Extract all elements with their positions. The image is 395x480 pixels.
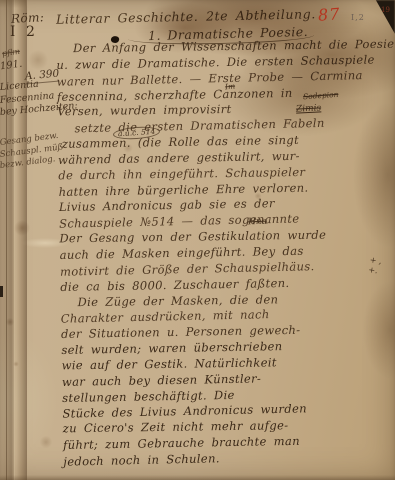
struck-word-4: Hna [248, 217, 267, 228]
shelfmark-notation: I,2 [351, 13, 365, 22]
struck-word-3: Zimis [296, 103, 322, 114]
bottom-edge-shadow [0, 475, 395, 480]
margin-notes-lower: Gesang bezw.Schauspl. müßbezw. dialog. [0, 138, 64, 173]
left-edge-speck [0, 286, 3, 297]
binding-edge [0, 0, 27, 480]
margin-signature: I 2 [10, 24, 38, 40]
manuscript-page-scan: Röm: Litterar Geschichte. 2te Abtheilung… [0, 0, 395, 480]
top-left-tear-shadow [0, 0, 26, 8]
body-lines: Der Anfang der Wissenschaften macht die … [56, 36, 395, 470]
edge-notation: 19 [381, 6, 390, 14]
struck-word-1: Im [225, 82, 236, 92]
header-title: Litterar Geschichte. 2te Abtheilung. [56, 6, 316, 26]
page-number: 87 [317, 4, 341, 25]
margin-crossed-note: pflm [1, 47, 20, 58]
margin-note-small: 191. [0, 59, 23, 73]
